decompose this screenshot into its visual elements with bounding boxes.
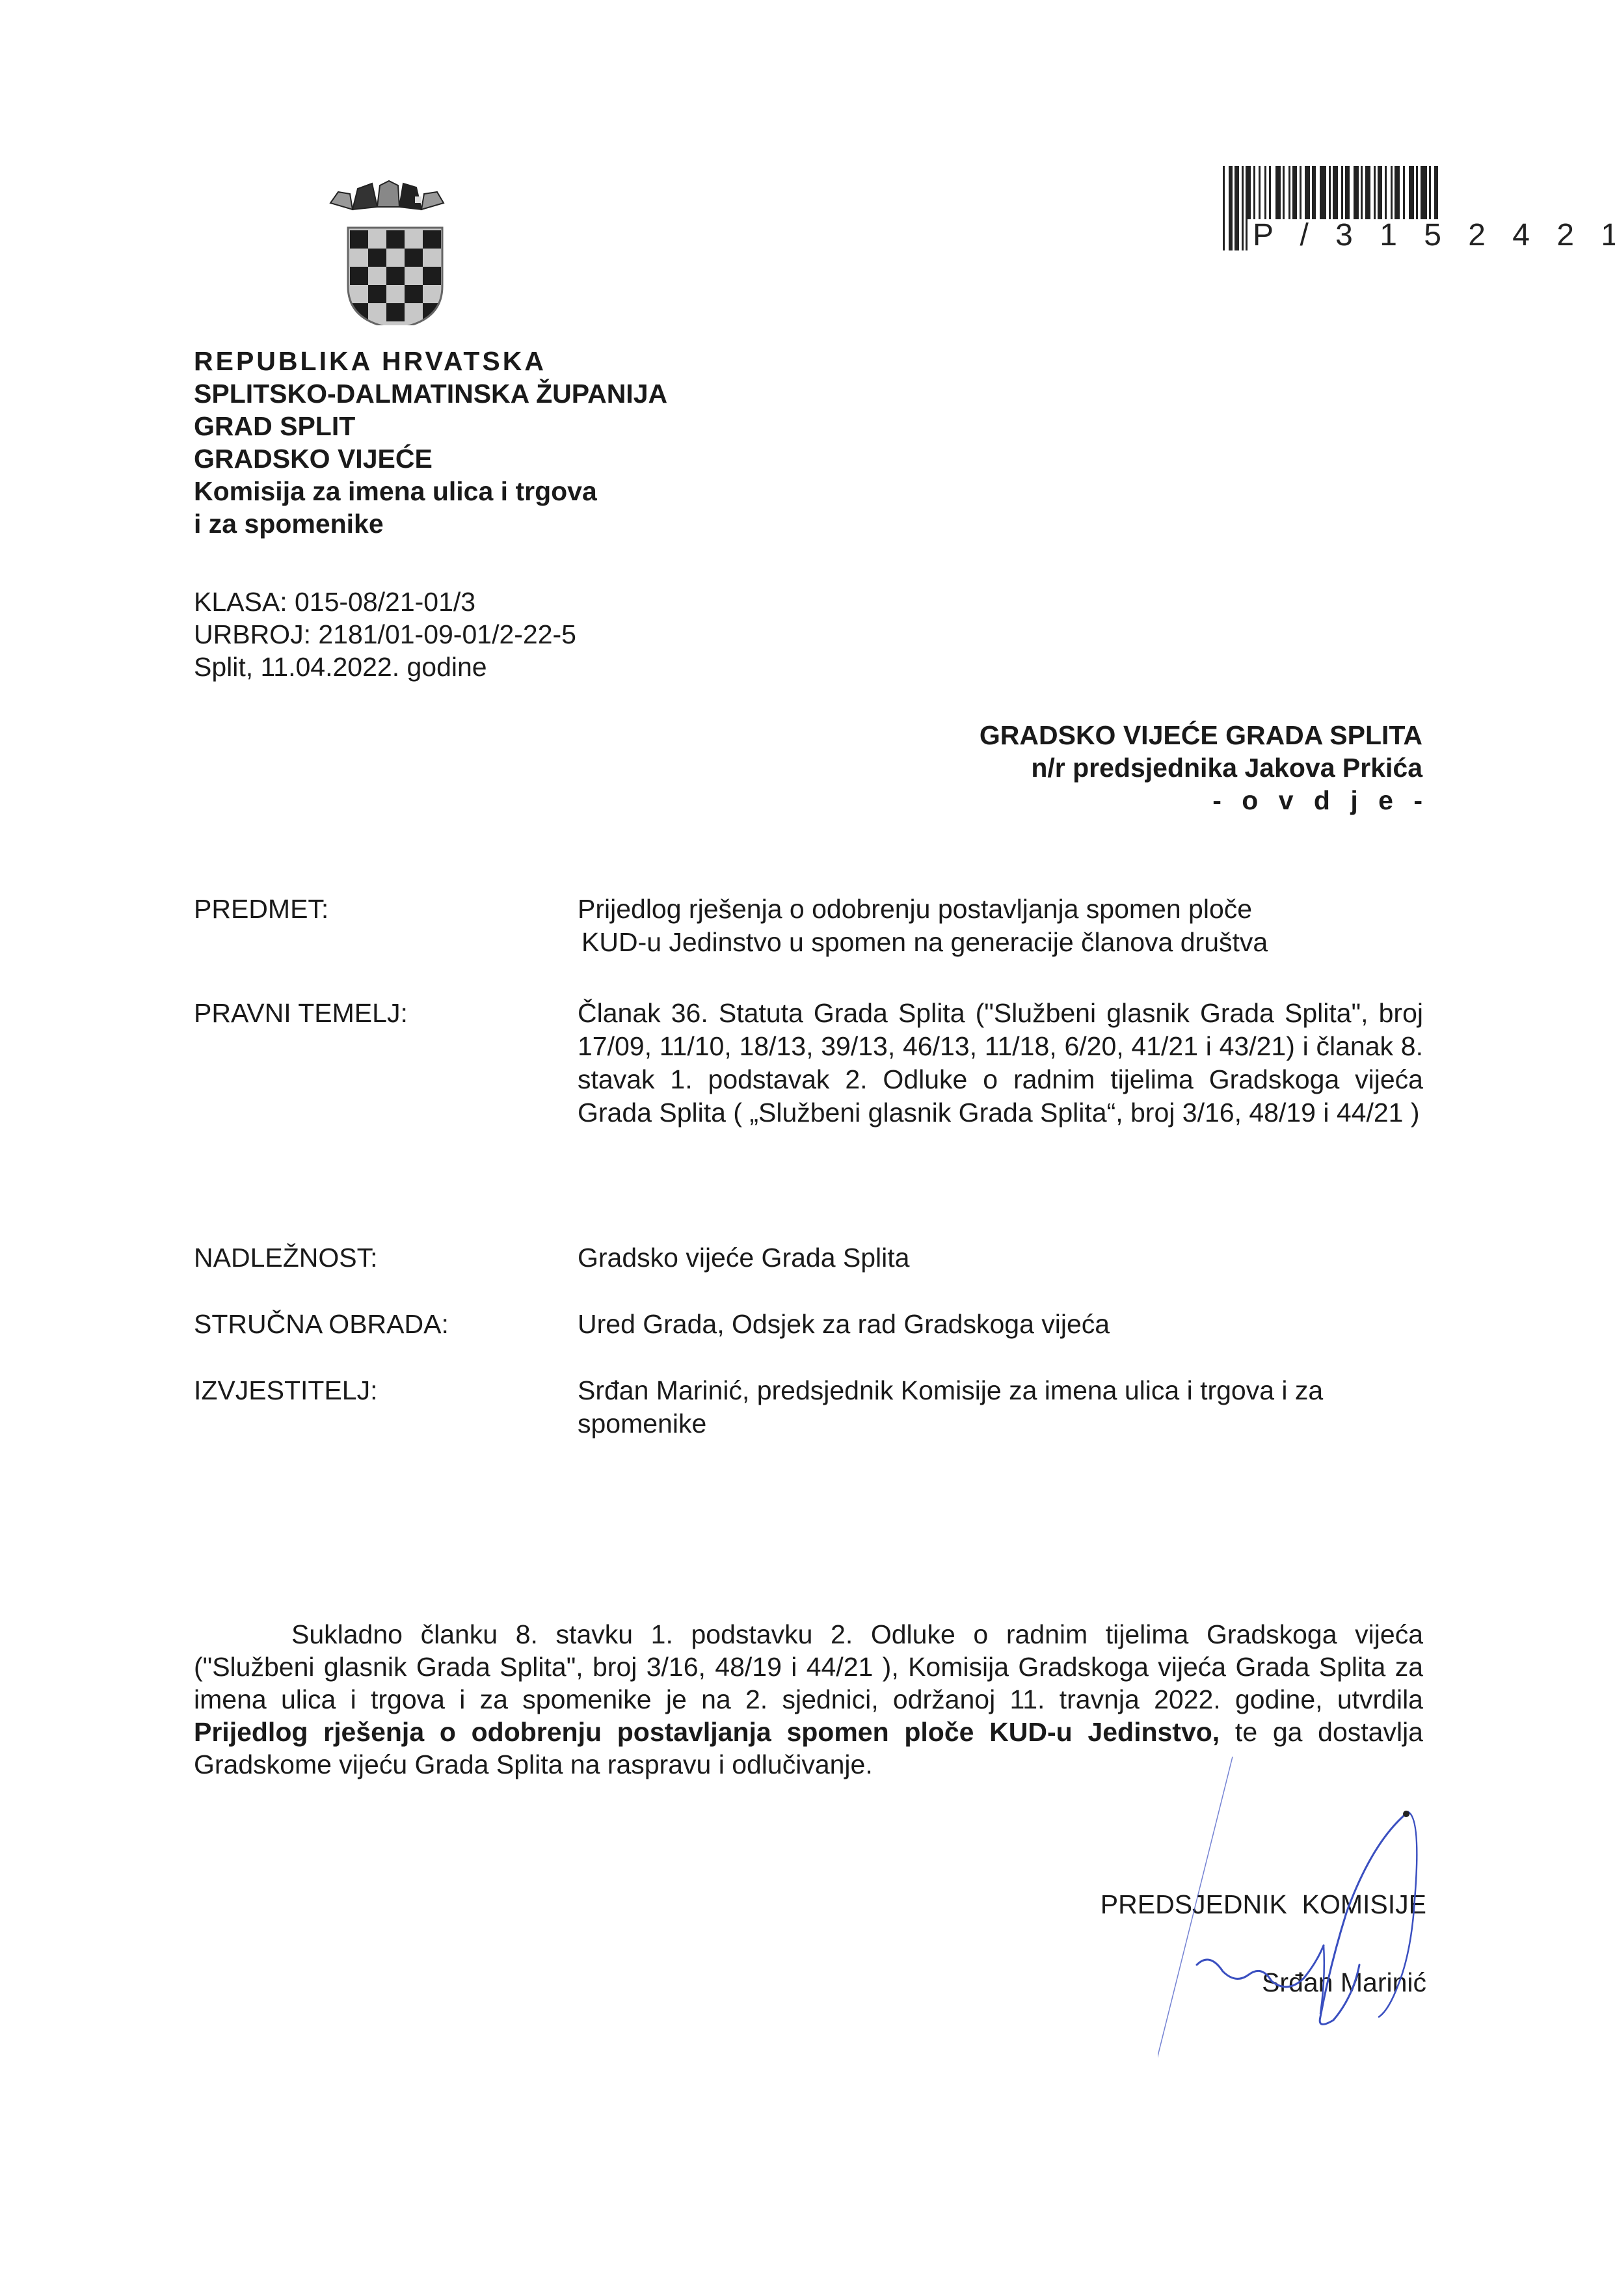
urbroj: URBROJ: 2181/01-09-01/2-22-5 — [194, 618, 576, 651]
field-value: Ured Grada, Odsjek za rad Gradskoga vije… — [578, 1308, 1423, 1341]
issuer-line-city: GRAD SPLIT — [194, 410, 667, 442]
field-label: PRAVNI TEMELJ: — [194, 997, 408, 1030]
recipient-location: - o v d j e - — [980, 784, 1429, 817]
field-value: Članak 36. Statuta Grada Splita ("Službe… — [578, 997, 1423, 1129]
field-label: IZVJESTITELJ: — [194, 1374, 378, 1407]
handwritten-signature-icon — [1158, 1757, 1457, 2082]
field-value-line: Prijedlog rješenja o odobrenju postavlja… — [578, 893, 1423, 926]
field-value-line: KUD-u Jedinstvo u spomen na generacije č… — [578, 926, 1423, 959]
coat-of-arms-icon — [312, 163, 462, 325]
issuer-line-country: REPUBLIKA HRVATSKA — [194, 345, 667, 377]
field-label: STRUČNA OBRADA: — [194, 1308, 449, 1341]
issuer-line-commission-cont: i za spomenike — [194, 507, 667, 540]
field-value: Gradsko vijeće Grada Splita — [578, 1241, 1423, 1275]
reference-block: KLASA: 015-08/21-01/3 URBROJ: 2181/01-09… — [194, 586, 576, 683]
barcode: P / 3 1 5 2 4 2 1 — [1223, 166, 1535, 250]
issuer-line-county: SPLITSKO-DALMATINSKA ŽUPANIJA — [194, 377, 667, 410]
body-text: Sukladno članku 8. stavku 1. podstavku 2… — [194, 1619, 1423, 1714]
recipient-name: GRADSKO VIJEĆE GRADA SPLITA — [980, 719, 1422, 751]
field-value: Srđan Marinić, predsjednik Komisije za i… — [578, 1374, 1423, 1440]
issuer-line-council: GRADSKO VIJEĆE — [194, 442, 667, 475]
recipient-block: GRADSKO VIJEĆE GRADA SPLITA n/r predsjed… — [980, 719, 1422, 817]
recipient-attention: n/r predsjednika Jakova Prkića — [980, 751, 1422, 784]
field-label: PREDMET: — [194, 893, 328, 926]
body-bold-text: Prijedlog rješenja o odobrenju postavlja… — [194, 1717, 1220, 1747]
issuer-line-commission: Komisija za imena ulica i trgova — [194, 475, 667, 507]
place-date: Split, 11.04.2022. godine — [194, 651, 576, 683]
barcode-number: P / 3 1 5 2 4 2 1 — [1248, 219, 1500, 252]
field-label: NADLEŽNOST: — [194, 1241, 378, 1275]
klasa: KLASA: 015-08/21-01/3 — [194, 586, 576, 618]
field-value: Prijedlog rješenja o odobrenju postavlja… — [578, 893, 1423, 959]
issuer-header: REPUBLIKA HRVATSKA SPLITSKO-DALMATINSKA … — [194, 345, 667, 540]
